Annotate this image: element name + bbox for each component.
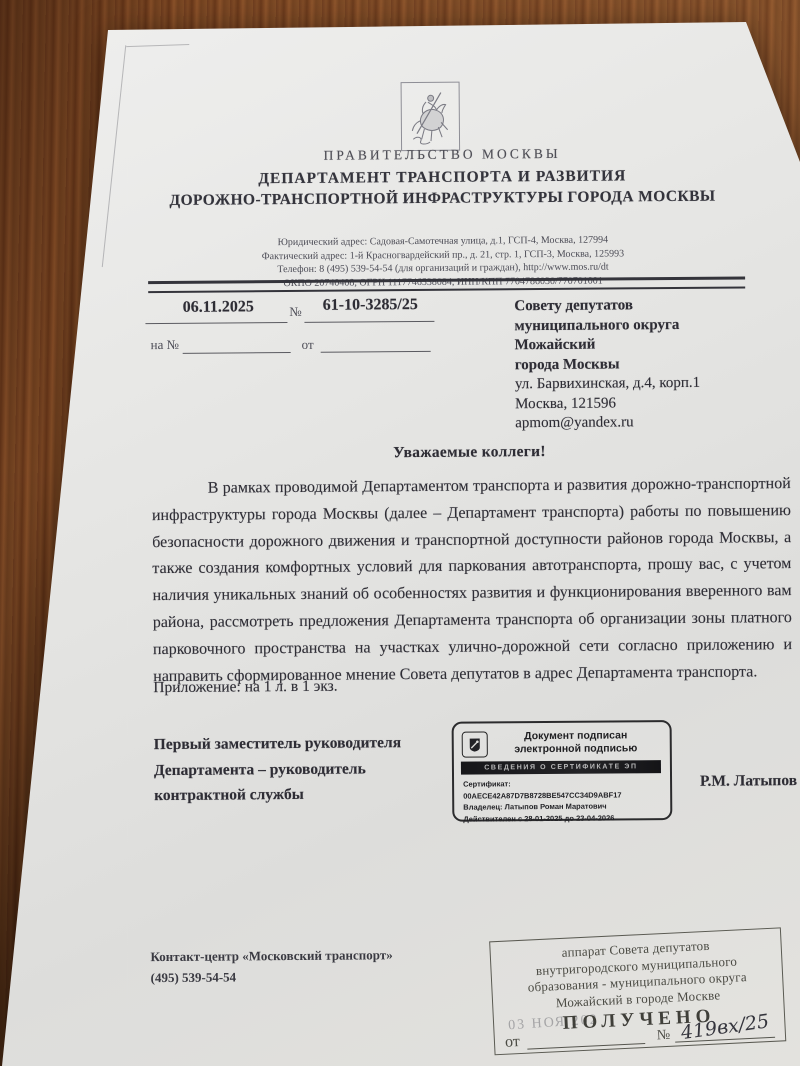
- reception-stamp: аппарат Совета депутатов внутригородског…: [489, 927, 786, 1055]
- letter-number: 61-10-3285/25: [306, 296, 434, 315]
- esign-header-line1: Документ подписан: [490, 729, 662, 743]
- reception-from-blank: [527, 1043, 645, 1050]
- recipient-line4: города Москвы: [515, 354, 765, 375]
- reception-from-label: от: [505, 1033, 521, 1052]
- recipient-email: apmom@yandex.ru: [515, 412, 765, 433]
- reply-date-blank: [321, 351, 431, 353]
- signer-title-line2: Департамента – руководитель: [154, 755, 454, 783]
- government-title: ПРАВИТЕЛЬСТВО МОСКВЫ: [117, 144, 767, 165]
- number-underline: [304, 321, 434, 323]
- salutation: Уважаемые коллеги!: [159, 441, 779, 464]
- date-underline: [145, 322, 287, 324]
- reply-to-label: на №: [151, 337, 180, 353]
- paper-crease-horizontal: [126, 44, 189, 47]
- reception-number-sign: №: [657, 1028, 671, 1045]
- contact-center-block: Контакт-центр «Московский транспорт» (49…: [150, 944, 393, 988]
- moscow-coat-of-arms-icon: [401, 82, 461, 151]
- desk-background: ПРАВИТЕЛЬСТВО МОСКВЫ ДЕПАРТАМЕНТ ТРАНСПО…: [0, 0, 800, 1066]
- recipient-line3: Можайский: [515, 334, 765, 355]
- recipient-line1: Совету депутатов: [514, 295, 764, 316]
- signer-name: Р.М. Латыпов: [657, 772, 797, 791]
- reply-number-blank: [183, 352, 291, 354]
- reply-from-label: от: [302, 337, 314, 353]
- recipient-block: Совету депутатов муниципального округа М…: [514, 295, 765, 433]
- reception-stamp-text: аппарат Совета депутатов внутригородског…: [490, 934, 783, 1014]
- esign-certificate: Сертификат: 00AECE42A87D7B8728BE547CC34D…: [463, 777, 663, 802]
- esign-details: Сертификат: 00AECE42A87D7B8728BE547CC34D…: [463, 777, 663, 825]
- esign-header-line2: электронной подписью: [490, 742, 662, 756]
- body-paragraph: В рамках проводимой Департаментом трансп…: [152, 471, 793, 690]
- department-title-line1: ДЕПАРТАМЕНТ ТРАНСПОРТА И РАЗВИТИЯ: [117, 166, 767, 189]
- signer-title-line3: контрактной службы: [154, 781, 454, 809]
- recipient-address1: ул. Барвихинская, д.4, корп.1: [515, 373, 765, 394]
- esign-validity: Действителен с 28-01-2025 до 23-04-2026: [463, 812, 663, 825]
- letter-content: ПРАВИТЕЛЬСТВО МОСКВЫ ДЕПАРТАМЕНТ ТРАНСПО…: [0, 0, 800, 1066]
- letter-date: 06.11.2025: [148, 298, 288, 317]
- contact-center-name: Контакт-центр «Московский транспорт»: [150, 944, 392, 967]
- esign-bar-text: СВЕДЕНИЯ О СЕРТИФИКАТЕ ЭП: [484, 763, 637, 771]
- number-sign: №: [289, 304, 302, 320]
- signer-title-block: Первый заместитель руководителя Департам…: [154, 730, 455, 809]
- esign-emblem-icon: [462, 731, 488, 757]
- esign-header: Документ подписан электронной подписью: [490, 729, 662, 756]
- recipient-line2: муниципального округа: [514, 315, 764, 336]
- letter-paper: ПРАВИТЕЛЬСТВО МОСКВЫ ДЕПАРТАМЕНТ ТРАНСПО…: [0, 0, 800, 1066]
- electronic-signature-stamp: Документ подписан электронной подписью С…: [452, 720, 673, 822]
- contact-center-phone: (495) 539-54-54: [151, 965, 393, 988]
- esign-certificate-bar: СВЕДЕНИЯ О СЕРТИФИКАТЕ ЭП: [461, 760, 661, 775]
- attachment-note: Приложение: на 1 л. в 1 экз.: [153, 678, 337, 697]
- recipient-address2: Москва, 121596: [515, 393, 765, 414]
- photo-of-letter: { "letterhead": { "government": "ПРАВИТЕ…: [0, 0, 800, 1066]
- department-title-line2: ДОРОЖНО-ТРАНСПОРТНОЙ ИНФРАСТРУКТУРЫ ГОРО…: [97, 187, 787, 210]
- signer-title-line1: Первый заместитель руководителя: [154, 730, 454, 758]
